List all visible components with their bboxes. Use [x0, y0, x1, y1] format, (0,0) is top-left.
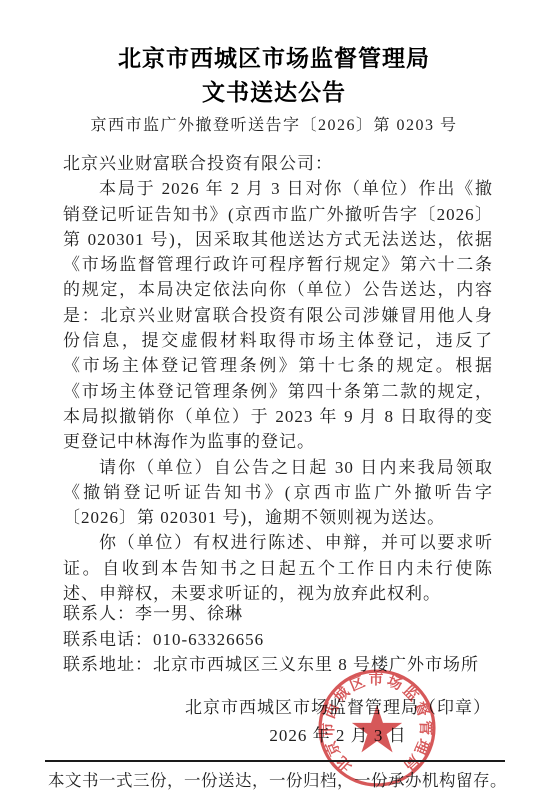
- paragraph-decision: 本局于 2026 年 2 月 3 日对你（单位）作出《撤销登记听证告知书》(京西…: [63, 176, 493, 454]
- paragraph-pickup-notice: 请你（单位）自公告之日起 30 日内来我局领取《撤销登记听证告知书》(京西市监广…: [63, 455, 493, 531]
- document-header: 北京市西城区市场监督管理局 文书送达公告 京西市监广外撤登听送告字〔2026〕第…: [0, 42, 548, 138]
- salutation: 北京兴业财富联合投资有限公司：: [63, 151, 493, 176]
- issuing-authority: 北京市西城区市场监督管理局（印章）: [185, 695, 491, 721]
- issue-date: 2026 年 2 月 3 日: [185, 723, 491, 749]
- page-title-line2: 文书送达公告: [0, 76, 548, 110]
- document-footer: 本文书一式三份，一份送达，一份归档，一份承办机构留存。: [45, 760, 505, 791]
- document-page: 北京市西城区市场监督管理局 文书送达公告 京西市监广外撤登听送告字〔2026〕第…: [0, 0, 548, 806]
- contact-address: 联系地址：北京市西城区三义东里 8 号楼广外市场所: [63, 652, 493, 678]
- contact-info: 联系人：李一男、徐琳 联系电话：010-63326656 联系地址：北京市西城区…: [63, 601, 493, 678]
- contact-phone: 联系电话：010-63326656: [63, 627, 493, 653]
- contact-person: 联系人：李一男、徐琳: [63, 601, 493, 627]
- document-number: 京西市监广外撤登听送告字〔2026〕第 0203 号: [0, 114, 548, 138]
- document-body: 北京兴业财富联合投资有限公司： 本局于 2026 年 2 月 3 日对你（单位）…: [63, 151, 493, 606]
- signature-block: 北京市西城区市场监督管理局（印章） 2026 年 2 月 3 日: [185, 695, 491, 749]
- paragraph-rights: 你（单位）有权进行陈述、申辩，并可以要求听证。自收到本告知书之日起五个工作日内未…: [63, 530, 493, 606]
- page-title-line1: 北京市西城区市场监督管理局: [0, 42, 548, 76]
- footer-copies-note: 本文书一式三份，一份送达，一份归档，一份承办机构留存。: [45, 767, 505, 791]
